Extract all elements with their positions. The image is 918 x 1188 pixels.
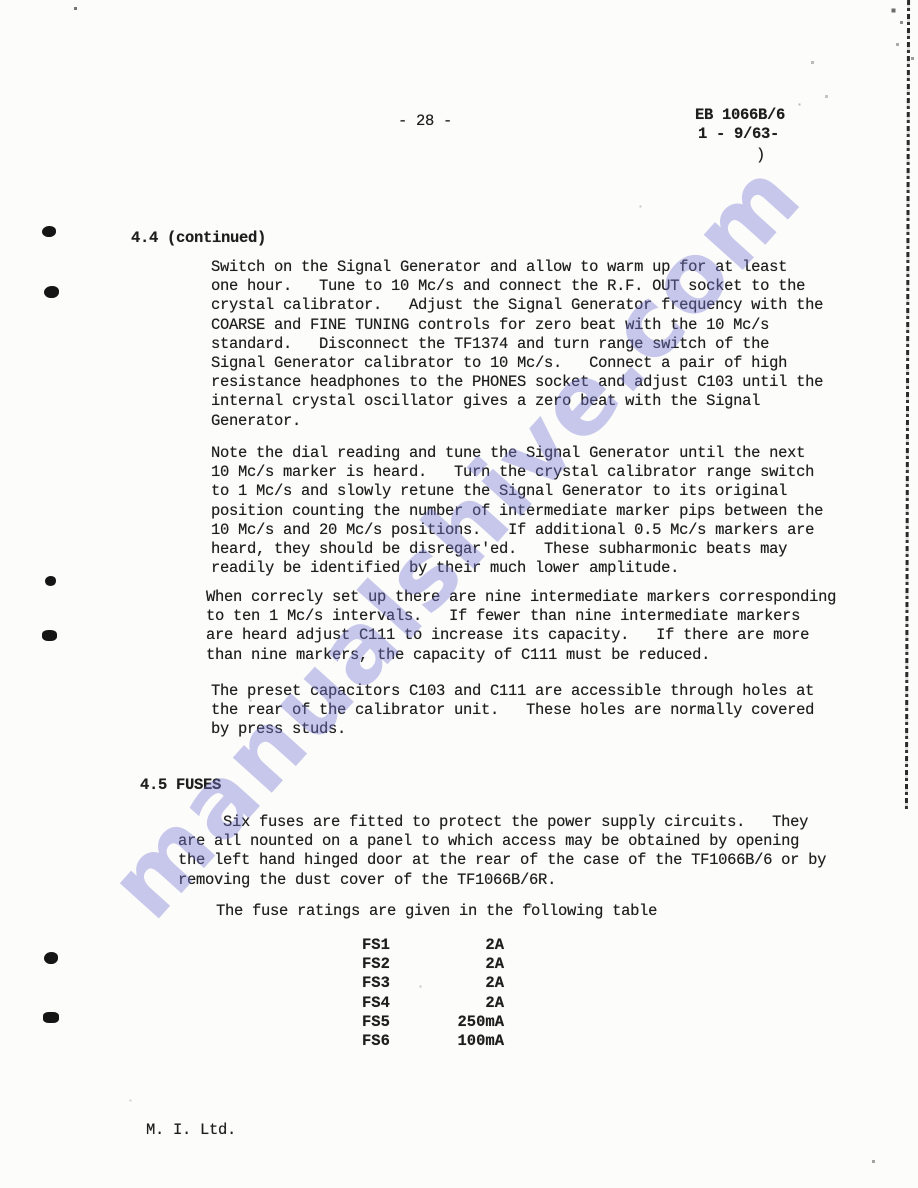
section-4-5-intro: Six fuses are fitted to protect the powe… [178, 813, 826, 890]
footer-company: M. I. Ltd. [146, 1121, 236, 1140]
ink-blob [44, 286, 59, 298]
ink-blob [42, 630, 57, 641]
ink-blob [42, 226, 56, 237]
fuse-ratings-table: FS1 2A FS2 2A FS3 2A FS4 2A FS5 250mA FS… [362, 936, 504, 1051]
ink-blob [44, 952, 58, 964]
fuse-table-row: FS1 2A [362, 936, 504, 955]
fuse-rating: 250mA [414, 1013, 504, 1032]
page-number: - 28 - [398, 112, 452, 131]
fuse-table-row: FS6 100mA [362, 1032, 504, 1051]
fuse-table-row: FS5 250mA [362, 1013, 504, 1032]
corner-paren-mark: ) [756, 146, 765, 165]
scan-edge-line [905, 0, 910, 812]
scanned-manual-page: manualshive.com - 28 - EB 1066B/6 1 - 9/… [0, 0, 918, 1188]
fuse-rating: 2A [414, 994, 504, 1013]
fuse-name: FS5 [362, 1013, 414, 1032]
doc-reference-line2: 1 - 9/63- [698, 125, 779, 144]
paper-noise-specks [0, 0, 1, 1]
doc-reference-line1: EB 1066B/6 [695, 106, 785, 125]
section-4-4-paragraph-2: Note the dial reading and tune the Signa… [211, 444, 823, 578]
fuse-rating: 2A [414, 955, 504, 974]
section-4-4-heading: 4.4 (continued) [131, 229, 266, 248]
fuse-table-caption: The fuse ratings are given in the follow… [216, 902, 657, 921]
fuse-name: FS3 [362, 974, 414, 993]
fuse-name: FS2 [362, 955, 414, 974]
fuse-rating: 2A [414, 936, 504, 955]
section-4-4-paragraph-1: Switch on the Signal Generator and allow… [211, 258, 823, 431]
section-4-5-heading: 4.5 FUSES [140, 776, 221, 795]
fuse-name: FS1 [362, 936, 414, 955]
fuse-table-row: FS3 2A [362, 974, 504, 993]
ink-blob [45, 576, 56, 586]
ink-blob [43, 1012, 59, 1023]
fuse-rating: 100mA [414, 1032, 504, 1051]
fuse-name: FS4 [362, 994, 414, 1013]
section-4-4-paragraph-3: When correcly set up there are nine inte… [206, 588, 836, 665]
section-4-4-paragraph-4: The preset capacitors C103 and C111 are … [211, 682, 814, 740]
fuse-table-row: FS4 2A [362, 994, 504, 1013]
fuse-name: FS6 [362, 1032, 414, 1051]
fuse-table-row: FS2 2A [362, 955, 504, 974]
fuse-rating: 2A [414, 974, 504, 993]
